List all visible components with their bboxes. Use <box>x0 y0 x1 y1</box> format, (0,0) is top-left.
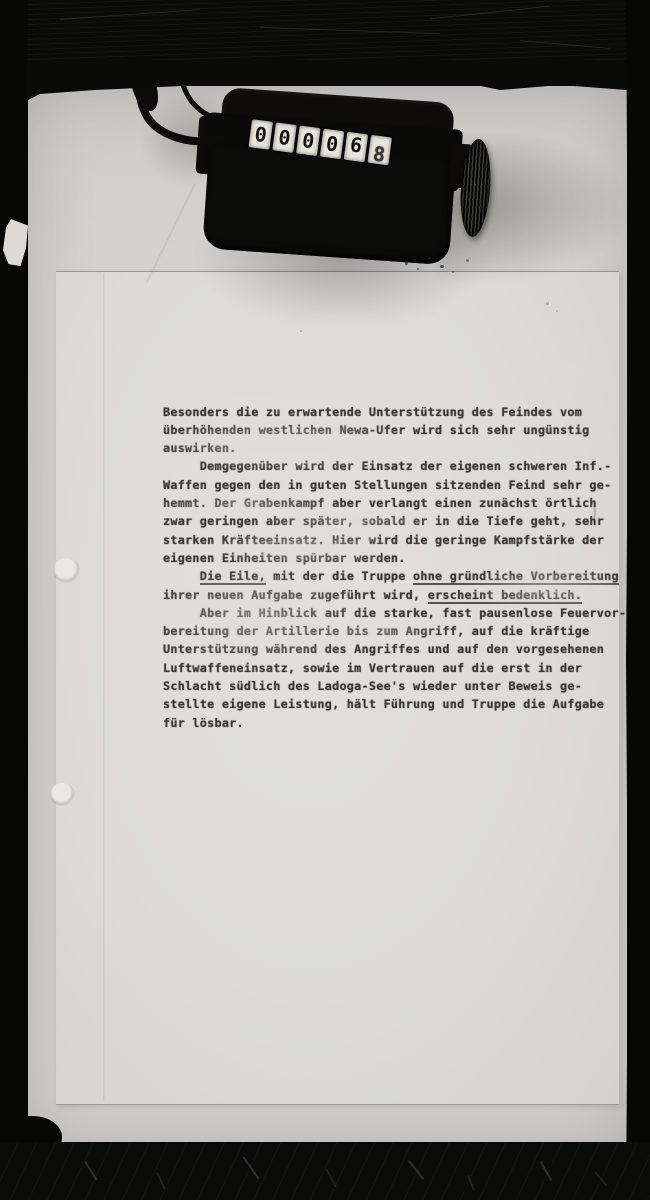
dust-speck <box>300 330 302 332</box>
counter-digit-window: 0 <box>320 129 344 160</box>
document-line: hemmt. Der Grabenkampf aber verlangt ein… <box>163 494 633 512</box>
counter-digit-window: 0 <box>296 125 320 156</box>
document-line: starken Kräfteeinsatz. Hier wird die ger… <box>163 531 633 549</box>
document-line: Waffen gegen den in guten Stellungen sit… <box>163 476 633 494</box>
document-line: bereitung der Artillerie bis zum Angriff… <box>163 622 633 640</box>
ink-speckle <box>405 262 408 265</box>
page-crease <box>103 273 106 1101</box>
document-line: eigenen Einheiten spürbar werden. <box>163 549 633 567</box>
ink-speckle <box>452 271 454 273</box>
document-line: ihrer neuen Aufgabe zugeführt wird, ersc… <box>163 586 633 604</box>
film-border-left <box>0 0 28 1200</box>
document-line: Die Eile, mit der die Truppe ohne gründl… <box>163 567 633 585</box>
film-border-bottom <box>0 1142 650 1200</box>
punch-hole-top <box>53 558 80 583</box>
document-line: Schlacht südlich des Ladoga-See's wieder… <box>163 677 633 695</box>
document-lines: Besonders die zu erwartende Unterstützun… <box>163 403 633 732</box>
film-border-right <box>626 0 650 1200</box>
underlined-text: erscheint bedenklich. <box>428 588 582 604</box>
underlined-text: Die Eile, <box>200 569 266 585</box>
ink-speckle <box>466 259 469 262</box>
ink-speckle <box>440 265 444 268</box>
document-line: Demgegenüber wird der Einsatz der eigene… <box>163 457 633 475</box>
underlined-text: ohne gründliche Vorbereitung <box>413 569 619 585</box>
dust-speck <box>556 310 558 312</box>
document-line: zwar geringen aber später, sobald er in … <box>163 512 633 530</box>
document-line: Luftwaffeneinsatz, sowie im Vertrauen au… <box>163 659 633 677</box>
document-line: Unterstützung während des Angriffes und … <box>163 640 633 658</box>
document-line: für lösbar. <box>163 714 633 732</box>
document-line: stellte eigene Leistung, hält Führung un… <box>163 695 633 713</box>
document-line: Aber im Hinblick auf die starke, fast pa… <box>163 604 633 622</box>
document-line: auswirken. <box>163 439 633 457</box>
counter-digit-window: 8 <box>367 135 391 166</box>
typed-text-block: Besonders die zu erwartende Unterstützun… <box>163 366 633 769</box>
dust-speck <box>546 302 549 305</box>
ink-speckle <box>428 257 431 259</box>
microfilm-photo-frame: Besonders die zu erwartende Unterstützun… <box>0 0 650 1200</box>
document-line: Besonders die zu erwartende Unterstützun… <box>163 403 633 421</box>
counter-digit-window: 6 <box>344 132 368 163</box>
ink-speckle <box>417 268 419 270</box>
punch-hole-bottom <box>50 783 75 806</box>
document-line: überhöhenden westlichen Newa-Ufer wird s… <box>163 421 633 439</box>
